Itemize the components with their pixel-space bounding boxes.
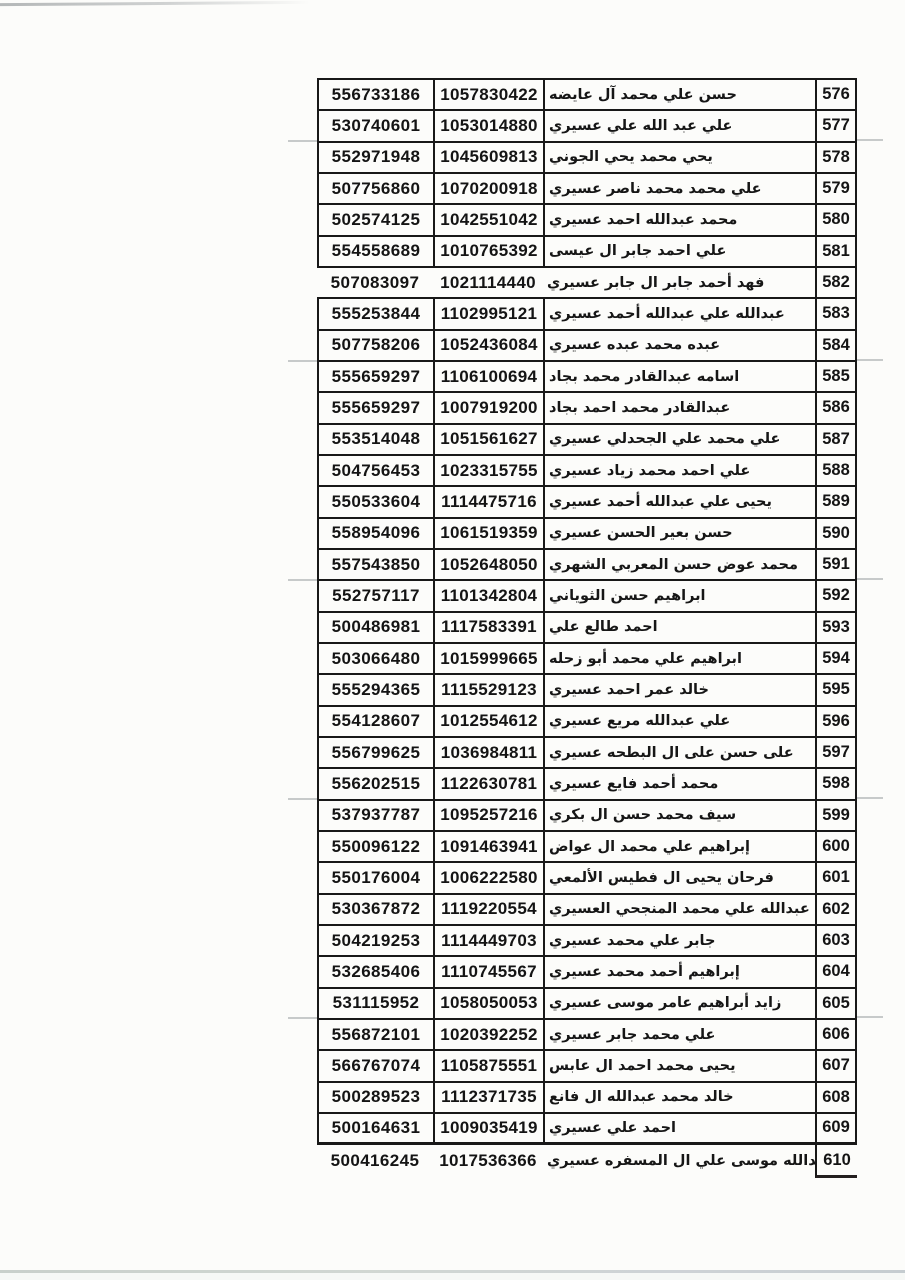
name-cell: خالد عمر احمد عسيري [543, 675, 815, 704]
phone-cell: 557543850 [317, 550, 433, 579]
id-cell: 1051561627 [433, 425, 543, 454]
phone-cell: 554558689 [317, 237, 433, 266]
table-row: 557543850 1052648050 محمد عوض حسن المعرب… [317, 550, 857, 581]
table-row: 550096122 1091463941 إبراهيم علي محمد ال… [317, 832, 857, 863]
phone-cell: 552971948 [317, 143, 433, 172]
row-number: 584 [815, 331, 857, 360]
name-cell: عبدالله علي محمد المنجحي العسيري [543, 895, 815, 924]
phone-cell: 504756453 [317, 456, 433, 485]
table-row: 556799625 1036984811 على حسن على ال البط… [317, 738, 857, 769]
id-cell: 1052648050 [433, 550, 543, 579]
scan-artifact-streak [288, 798, 317, 800]
row-number: 586 [815, 393, 857, 422]
name-cell: محمد أحمد فايع عسيري [543, 769, 815, 798]
name-cell: إبراهيم أحمد محمد عسيري [543, 957, 815, 986]
name-cell: عبده محمد عبده عسيري [543, 331, 815, 360]
phone-cell: 530367872 [317, 895, 433, 924]
id-cell: 1010765392 [433, 237, 543, 266]
name-cell: احمد علي عسيري [543, 1114, 815, 1142]
scan-artifact-streak [857, 1016, 883, 1018]
scan-artifact-streak [288, 360, 317, 362]
table-row: 530740601 1053014880 علي عبد الله علي عس… [317, 111, 857, 142]
row-number: 591 [815, 550, 857, 579]
name-cell: احمد طالع علي [543, 613, 815, 642]
scan-artifact-bottom-fill [0, 1272, 905, 1280]
row-number: 604 [815, 957, 857, 986]
id-cell: 1102995121 [433, 299, 543, 328]
name-cell: ابراهيم علي محمد أبو زحله [543, 644, 815, 673]
phone-cell: 554128607 [317, 707, 433, 736]
name-cell: يحي محمد يحي الجوني [543, 143, 815, 172]
row-number: 610 [815, 1145, 857, 1178]
id-cell: 1023315755 [433, 456, 543, 485]
phone-cell: 500289523 [317, 1083, 433, 1112]
table-row: 500164631 1009035419 احمد علي عسيري 609 [317, 1114, 857, 1145]
phone-cell: 532685406 [317, 957, 433, 986]
table-row: 530367872 1119220554 عبدالله علي محمد ال… [317, 895, 857, 926]
phone-cell: 556872101 [317, 1020, 433, 1049]
scan-artifact-streak [288, 140, 317, 142]
id-cell: 1017536366 [433, 1145, 543, 1176]
row-number: 608 [815, 1083, 857, 1112]
id-cell: 1115529123 [433, 675, 543, 704]
phone-cell: 507083097 [317, 268, 433, 297]
phone-cell: 500164631 [317, 1114, 433, 1142]
name-cell: يحيى علي عبدالله أحمد عسيري [543, 487, 815, 516]
phone-cell: 558954096 [317, 519, 433, 548]
row-number: 594 [815, 644, 857, 673]
id-cell: 1110745567 [433, 957, 543, 986]
row-number: 609 [815, 1114, 857, 1142]
id-cell: 1053014880 [433, 111, 543, 140]
scan-artifact-streak [857, 578, 883, 580]
name-cell: علي احمد محمد زياد عسيري [543, 456, 815, 485]
scanned-document-page: 556733186 1057830422 حسن علي محمد آل عاي… [0, 0, 905, 1280]
name-cell: علي محمد جابر عسيري [543, 1020, 815, 1049]
row-number: 592 [815, 581, 857, 610]
table-row: 532685406 1110745567 إبراهيم أحمد محمد ع… [317, 957, 857, 988]
id-cell: 1006222580 [433, 863, 543, 892]
id-cell: 1095257216 [433, 801, 543, 830]
phone-cell: 530740601 [317, 111, 433, 140]
id-cell: 1105875551 [433, 1051, 543, 1080]
row-number: 593 [815, 613, 857, 642]
table-row: 556872101 1020392252 علي محمد جابر عسيري… [317, 1020, 857, 1051]
table-row: 550176004 1006222580 فرحان يحيى ال فطيس … [317, 863, 857, 894]
id-cell: 1057830422 [433, 80, 543, 109]
name-cell: علي محمد علي الجحدلي عسيري [543, 425, 815, 454]
id-cell: 1036984811 [433, 738, 543, 767]
phone-cell: 552757117 [317, 581, 433, 610]
phone-cell: 537937787 [317, 801, 433, 830]
id-cell: 1015999665 [433, 644, 543, 673]
id-cell: 1009035419 [433, 1114, 543, 1142]
table-row: 552971948 1045609813 يحي محمد يحي الجوني… [317, 143, 857, 174]
table-row: 555294365 1115529123 خالد عمر احمد عسيري… [317, 675, 857, 706]
phone-cell: 507758206 [317, 331, 433, 360]
id-cell: 1007919200 [433, 393, 543, 422]
phone-cell: 550096122 [317, 832, 433, 861]
table-row: 554558689 1010765392 علي احمد جابر ال عي… [317, 237, 857, 268]
phone-cell: 500416245 [317, 1145, 433, 1176]
id-cell: 1052436084 [433, 331, 543, 360]
table-row: 566767074 1105875551 يحيى محمد احمد ال ع… [317, 1051, 857, 1082]
table-row: 553514048 1051561627 علي محمد علي الجحدل… [317, 425, 857, 456]
phone-cell: 550176004 [317, 863, 433, 892]
id-cell: 1070200918 [433, 174, 543, 203]
table-row: 558954096 1061519359 حسن بعير الحسن عسير… [317, 519, 857, 550]
table-row: 500416245 1017536366 عبدالله موسى علي ال… [317, 1145, 857, 1176]
row-number: 605 [815, 989, 857, 1018]
row-number: 588 [815, 456, 857, 485]
row-number: 603 [815, 926, 857, 955]
phone-cell: 504219253 [317, 926, 433, 955]
records-table: 556733186 1057830422 حسن علي محمد آل عاي… [317, 78, 857, 1176]
id-cell: 1058050053 [433, 989, 543, 1018]
name-cell: فهد أحمد جابر ال جابر عسيري [543, 268, 815, 297]
id-cell: 1045609813 [433, 143, 543, 172]
scan-artifact-streak [288, 1017, 317, 1019]
table-row: 531115952 1058050053 زايد أبراهيم عامر م… [317, 989, 857, 1020]
name-cell: علي احمد جابر ال عيسى [543, 237, 815, 266]
name-cell: فرحان يحيى ال فطيس الألمعي [543, 863, 815, 892]
name-cell: عبدالله علي عبدالله أحمد عسيري [543, 299, 815, 328]
name-cell: سيف محمد حسن ال بكري [543, 801, 815, 830]
id-cell: 1021114440 [433, 268, 543, 297]
phone-cell: 503066480 [317, 644, 433, 673]
name-cell: محمد عوض حسن المعربي الشهري [543, 550, 815, 579]
name-cell: حسن بعير الحسن عسيري [543, 519, 815, 548]
name-cell: علي عبد الله علي عسيري [543, 111, 815, 140]
phone-cell: 507756860 [317, 174, 433, 203]
table-row: 507758206 1052436084 عبده محمد عبده عسير… [317, 331, 857, 362]
name-cell: محمد عبدالله احمد عسيري [543, 205, 815, 234]
id-cell: 1020392252 [433, 1020, 543, 1049]
scan-artifact-streak [857, 359, 883, 361]
row-number: 590 [815, 519, 857, 548]
id-cell: 1117583391 [433, 613, 543, 642]
name-cell: اسامه عبدالقادر محمد بجاد [543, 362, 815, 391]
row-number: 601 [815, 863, 857, 892]
id-cell: 1112371735 [433, 1083, 543, 1112]
id-cell: 1091463941 [433, 832, 543, 861]
phone-cell: 556799625 [317, 738, 433, 767]
table-row: 555659297 1007919200 عبدالقادر محمد احمد… [317, 393, 857, 424]
name-cell: علي محمد محمد ناصر عسيري [543, 174, 815, 203]
id-cell: 1122630781 [433, 769, 543, 798]
row-number: 580 [815, 205, 857, 234]
id-cell: 1114449703 [433, 926, 543, 955]
table-row: 552757117 1101342804 ابراهيم حسن الثويان… [317, 581, 857, 612]
name-cell: خالد محمد عبدالله ال فانع [543, 1083, 815, 1112]
phone-cell: 556733186 [317, 80, 433, 109]
id-cell: 1119220554 [433, 895, 543, 924]
id-cell: 1061519359 [433, 519, 543, 548]
phone-cell: 531115952 [317, 989, 433, 1018]
id-cell: 1114475716 [433, 487, 543, 516]
table-row: 554128607 1012554612 علي عبدالله مريع عس… [317, 707, 857, 738]
id-cell: 1101342804 [433, 581, 543, 610]
scan-artifact-top-edge [0, 1, 310, 6]
table-row: 503066480 1015999665 ابراهيم علي محمد أب… [317, 644, 857, 675]
row-number: 577 [815, 111, 857, 140]
id-cell: 1106100694 [433, 362, 543, 391]
row-number: 595 [815, 675, 857, 704]
row-number: 579 [815, 174, 857, 203]
row-number: 600 [815, 832, 857, 861]
row-number: 576 [815, 80, 857, 109]
table-row: 500486981 1117583391 احمد طالع علي 593 [317, 613, 857, 644]
phone-cell: 502574125 [317, 205, 433, 234]
row-number: 583 [815, 299, 857, 328]
row-number: 578 [815, 143, 857, 172]
table-row: 537937787 1095257216 سيف محمد حسن ال بكر… [317, 801, 857, 832]
name-cell: إبراهيم علي محمد ال عواض [543, 832, 815, 861]
name-cell: ابراهيم حسن الثوياني [543, 581, 815, 610]
id-cell: 1012554612 [433, 707, 543, 736]
name-cell: زايد أبراهيم عامر موسى عسيري [543, 989, 815, 1018]
phone-cell: 555294365 [317, 675, 433, 704]
scan-artifact-streak [288, 579, 317, 581]
phone-cell: 550533604 [317, 487, 433, 516]
row-number: 598 [815, 769, 857, 798]
id-cell: 1042551042 [433, 205, 543, 234]
row-number: 596 [815, 707, 857, 736]
row-number: 607 [815, 1051, 857, 1080]
table-row: 500289523 1112371735 خالد محمد عبدالله ا… [317, 1083, 857, 1114]
row-number: 587 [815, 425, 857, 454]
name-cell: جابر علي محمد عسيري [543, 926, 815, 955]
row-number: 597 [815, 738, 857, 767]
row-number: 599 [815, 801, 857, 830]
table-row: 555659297 1106100694 اسامه عبدالقادر محم… [317, 362, 857, 393]
table-row: 504219253 1114449703 جابر علي محمد عسيري… [317, 926, 857, 957]
name-cell: على حسن على ال البطحه عسيري [543, 738, 815, 767]
row-number: 585 [815, 362, 857, 391]
table-row: 507083097 1021114440 فهد أحمد جابر ال جا… [317, 268, 857, 299]
phone-cell: 555659297 [317, 362, 433, 391]
name-cell: حسن علي محمد آل عايضه [543, 80, 815, 109]
table-row: 507756860 1070200918 علي محمد محمد ناصر … [317, 174, 857, 205]
phone-cell: 555253844 [317, 299, 433, 328]
row-number: 581 [815, 237, 857, 266]
row-number: 582 [815, 268, 857, 297]
scan-artifact-streak [857, 139, 883, 141]
name-cell: عبدالله موسى علي ال المسفره عسيري [543, 1145, 815, 1176]
scan-artifact-bottom-edge [0, 1270, 905, 1273]
name-cell: يحيى محمد احمد ال عابس [543, 1051, 815, 1080]
table-row: 502574125 1042551042 محمد عبدالله احمد ع… [317, 205, 857, 236]
phone-cell: 555659297 [317, 393, 433, 422]
row-number: 589 [815, 487, 857, 516]
row-number: 602 [815, 895, 857, 924]
phone-cell: 556202515 [317, 769, 433, 798]
scan-artifact-streak [857, 797, 883, 799]
phone-cell: 566767074 [317, 1051, 433, 1080]
row-number: 606 [815, 1020, 857, 1049]
table-row: 504756453 1023315755 علي احمد محمد زياد … [317, 456, 857, 487]
table-row: 556202515 1122630781 محمد أحمد فايع عسير… [317, 769, 857, 800]
name-cell: علي عبدالله مريع عسيري [543, 707, 815, 736]
phone-cell: 500486981 [317, 613, 433, 642]
name-cell: عبدالقادر محمد احمد بجاد [543, 393, 815, 422]
table-row: 556733186 1057830422 حسن علي محمد آل عاي… [317, 80, 857, 111]
table-row: 550533604 1114475716 يحيى علي عبدالله أح… [317, 487, 857, 518]
table-row: 555253844 1102995121 عبدالله علي عبدالله… [317, 299, 857, 330]
phone-cell: 553514048 [317, 425, 433, 454]
